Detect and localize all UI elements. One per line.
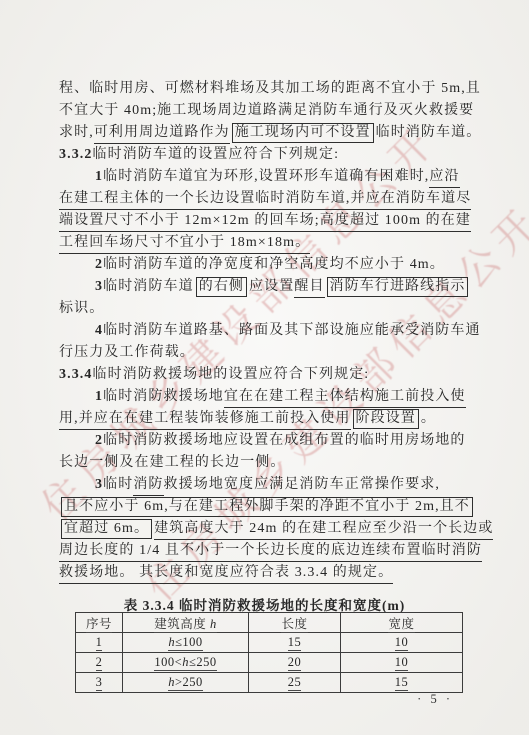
- table-cell: 15: [341, 673, 463, 693]
- underlined-revision-text: 宜在在建工程主体结构施工前投入使: [224, 388, 466, 408]
- text-segment: 。: [421, 410, 436, 427]
- text-line: 周边长度的 1/4 且不小于一个长边长度的底边连续布置临时消防: [59, 540, 473, 562]
- text-segment: 救援场地宽度应满足消防车正常操作要求,: [164, 476, 440, 493]
- boxed-revision-text: 消防车行进路线指示: [327, 277, 469, 297]
- table-cell: 100<h≤250: [123, 653, 249, 673]
- text-line: 3 临时消防救援场地宽度应满足消防车正常操作要求,: [59, 474, 473, 496]
- boxed-revision-text: 阶段设置: [353, 409, 419, 429]
- text-line: 行压力及工作荷载。: [59, 342, 473, 364]
- boxed-revision-text: 且不应小于 6m,与在建工程外脚手架的净距不宜小于 2m,且不: [61, 497, 473, 517]
- text-segment: 临时消防车道宜为环形,设置环形车道确有困难时,: [103, 168, 429, 185]
- text-line: 标识。: [59, 298, 473, 320]
- table-header-cell: 宽度: [341, 613, 463, 633]
- underlined-revision-text: 周边长度的 1/4 且不小于一个长边长度的底边连续布置临时消防: [59, 542, 482, 562]
- text-line: 3.3.4 临时消防救援场地的设置应符合下列规定:: [59, 364, 473, 386]
- text-line: 且不应小于 6m,与在建工程外脚手架的净距不宜小于 2m,且不: [59, 496, 473, 518]
- table-cell: 3: [76, 673, 123, 693]
- text-line: 3 临时消防车道的右侧应设置醒目消防车行进路线指示: [59, 276, 473, 298]
- text-segment: 临时消防车道的净宽度和净空高度均不应小于 4m。: [103, 256, 445, 273]
- text-segment: 临时消防救援场地应设置在成组布置的临时用房场地的: [103, 432, 465, 449]
- table-header-cell: 长度: [249, 613, 341, 633]
- boxed-revision-text: 的右侧: [196, 277, 247, 297]
- table-header-cell: 序号: [76, 613, 123, 633]
- text-line: 用,并应在在建工程装饰装修施工前投入使用阶段设置。: [59, 408, 473, 430]
- text-segment: 临时消防车道的设置应符合下列规定:: [93, 146, 340, 163]
- text-segment: 应设置: [249, 278, 294, 295]
- text-line: 工程回车场尺寸不宜小于 18m×18m。: [59, 232, 473, 254]
- table-cell: 15: [249, 633, 341, 653]
- text-line: 不宜大于 40m;施工现场周边道路满足消防车通行及灭火救援要: [59, 100, 473, 122]
- text-line: 救援场地。 其长度和宽度应符合表 3.3.4 的规定。: [59, 562, 473, 584]
- table-title: 表 3.3.4 临时消防救援场地的长度和宽度(m): [0, 594, 529, 614]
- boxed-revision-text: 宜超过 6m。: [61, 519, 152, 539]
- text-segment: 3.3.2: [59, 146, 93, 163]
- text-segment: 临时消防车道。: [376, 124, 482, 141]
- text-line: 求时,可利用周边道路作为施工现场内可不设置临时消防车道。: [59, 122, 473, 144]
- text-segment: 行压力及工作荷载。: [59, 344, 195, 361]
- text-segment: 程、临时用房、可燃材料堆场及其加工场的距离不宜小于 5m,且: [59, 80, 481, 97]
- text-segment: 1: [95, 168, 103, 185]
- underlined-revision-text: 端设置尺寸不小于 12m×12m 的回车场;高度超过 100m 的在建: [59, 212, 471, 232]
- text-line: 程、临时用房、可燃材料堆场及其加工场的距离不宜小于 5m,且: [59, 78, 473, 100]
- text-segment: 临时消防车道: [103, 278, 194, 295]
- underlined-revision-text: 建筑高度大于 24m 的在建工程应至少沿一个长边或: [154, 520, 493, 540]
- text-segment: 2: [95, 432, 103, 449]
- text-line: 3.3.2 临时消防车道的设置应符合下列规定:: [59, 144, 473, 166]
- text-segment: 4: [95, 322, 103, 339]
- text-segment: 临时消防车道路基、路面及其下部设施应能承受消防车通: [103, 322, 481, 339]
- underlined-revision-text: 救援场地。 其长度和宽度应符合表 3.3.4 的规定。: [59, 564, 393, 584]
- underlined-revision-text: 消防: [133, 476, 163, 496]
- table-row: 1h≤1001510: [76, 633, 463, 653]
- table-cell: 10: [341, 653, 463, 673]
- underlined-revision-text: 工程回车场尺寸不宜小于 18m×18m。: [59, 234, 310, 254]
- text-segment: 3: [95, 278, 103, 295]
- text-line: 宜超过 6m。建筑高度大于 24m 的在建工程应至少沿一个长边或: [59, 518, 473, 540]
- text-segment: 标识。: [59, 300, 104, 317]
- table-cell: 25: [249, 673, 341, 693]
- text-segment: 1: [95, 388, 103, 405]
- table-cell: 20: [249, 653, 341, 673]
- underlined-revision-text: 在建工程主体的一个长边设置临时消防车道,并应在消防车道尽: [59, 190, 471, 210]
- text-segment: 3.3.4: [59, 366, 93, 383]
- text-segment: 临时消防救援场地的设置应符合下列规定:: [93, 366, 370, 383]
- underlined-revision-text: 应沿: [429, 168, 459, 188]
- table-cell: 10: [341, 633, 463, 653]
- table-row: 2100<h≤2502010: [76, 653, 463, 673]
- text-line: 4 临时消防车道路基、路面及其下部设施应能承受消防车通: [59, 320, 473, 342]
- text-segment: 3: [95, 476, 103, 493]
- table-cell: h>250: [123, 673, 249, 693]
- table-header-cell: 建筑高度 h: [123, 613, 249, 633]
- text-segment: 不宜大于 40m;施工现场周边道路满足消防车通行及灭火救援要: [59, 102, 474, 119]
- boxed-revision-text: 施工现场内可不设置: [232, 123, 374, 143]
- text-segment: 临时: [103, 476, 133, 493]
- text-line: 在建工程主体的一个长边设置临时消防车道,并应在消防车道尽: [59, 188, 473, 210]
- text-segment: 长边一侧及在建工程的长边一侧。: [59, 454, 286, 471]
- text-line: 2 临时消防救援场地应设置在成组布置的临时用房场地的: [59, 430, 473, 452]
- document-page: 住房城乡建设部信息公开 住房城乡建设部信息公开 程、临时用房、可燃材料堆场及其加…: [0, 0, 529, 735]
- text-segment: 2: [95, 256, 103, 273]
- underlined-revision-text: 醒目: [294, 278, 324, 298]
- text-line: 1 临时消防车道宜为环形,设置环形车道确有困难时,应沿: [59, 166, 473, 188]
- table-cell: 2: [76, 653, 123, 673]
- text-line: 长边一侧及在建工程的长边一侧。: [59, 452, 473, 474]
- table-cell: h≤100: [123, 633, 249, 653]
- document-body: 程、临时用房、可燃材料堆场及其加工场的距离不宜小于 5m,且不宜大于 40m;施…: [59, 78, 473, 584]
- table-row: 3h>2502515: [76, 673, 463, 693]
- page-number: · 5 ·: [417, 692, 453, 707]
- text-segment: 临时消防救援场地: [103, 388, 224, 405]
- text-segment: 求时,: [59, 124, 94, 141]
- text-line: 2 临时消防车道的净宽度和净空高度均不应小于 4m。: [59, 254, 473, 276]
- text-line: 端设置尺寸不小于 12m×12m 的回车场;高度超过 100m 的在建: [59, 210, 473, 232]
- text-line: 1 临时消防救援场地宜在在建工程主体结构施工前投入使: [59, 386, 473, 408]
- table-cell: 1: [76, 633, 123, 653]
- spec-table-3-3-4: 序号建筑高度 h长度宽度 1h≤10015102100<h≤25020103h>…: [75, 612, 463, 693]
- underlined-revision-text: 可利用周边道路作为: [94, 124, 230, 144]
- underlined-revision-text: 用,并应在在建工程装饰装修施工前投入使用: [59, 410, 351, 430]
